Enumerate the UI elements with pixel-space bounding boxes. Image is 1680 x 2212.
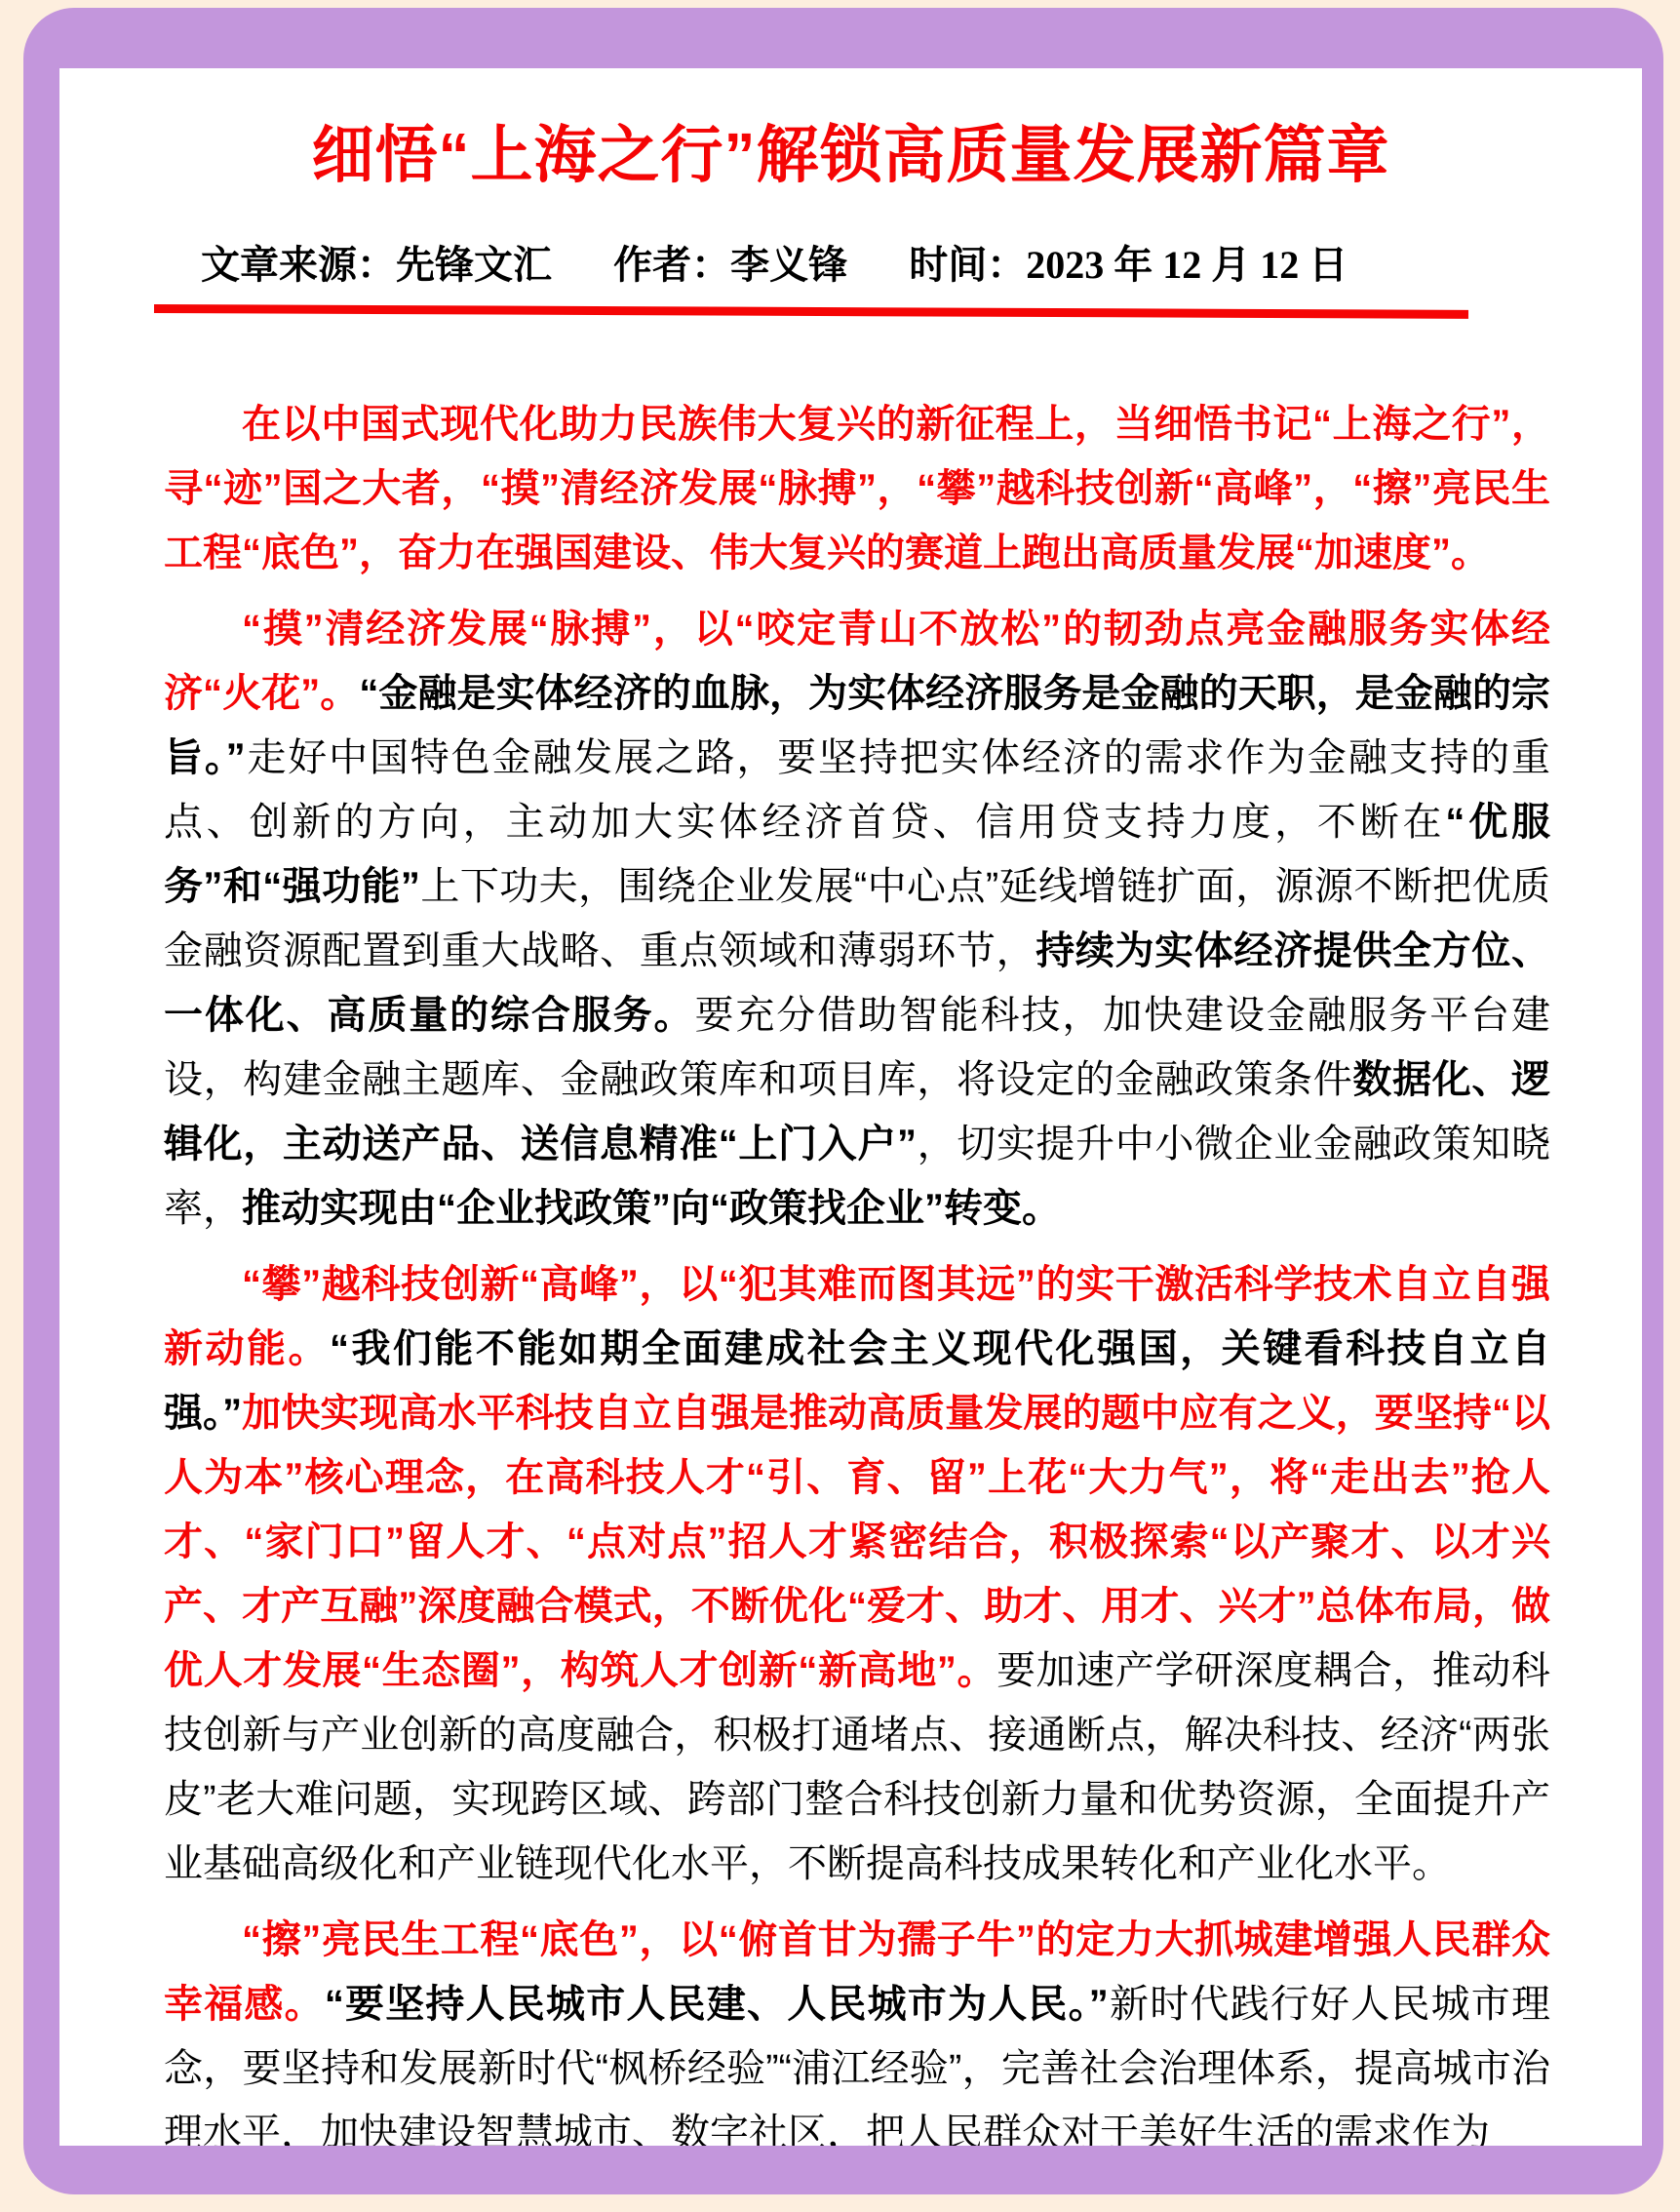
article-body: 在以中国式现代化助力民族伟大复兴的新征程上，当细悟书记“上海之行”，寻“迹”国之… [59,392,1642,2146]
text-run: 推动实现由“企业找政策”向“政策找企业”转变。 [242,1187,1061,1230]
meta-date: 时间：2023 年 12 月 12 日 [909,238,1348,293]
article-page: 细悟“上海之行”解锁高质量发展新篇章 文章来源：先锋文汇 作者：李义锋 时间：2… [59,68,1642,2146]
text-run: 加快实现高水平科技自立自强是推动高质量发展的题中应有之义，要坚持“以人为本”核心… [164,1392,1550,1692]
decorative-frame: 细悟“上海之行”解锁高质量发展新篇章 文章来源：先锋文汇 作者：李义锋 时间：2… [23,8,1663,2194]
text-run: “要坚持人民城市人民建、人民城市为人民。” [325,1983,1109,2026]
page-background: 细悟“上海之行”解锁高质量发展新篇章 文章来源：先锋文汇 作者：李义锋 时间：2… [0,0,1680,2212]
article-title: 细悟“上海之行”解锁高质量发展新篇章 [59,113,1642,197]
meta-source: 文章来源：先锋文汇 [201,238,552,293]
text-run: 走好中国特色金融发展之路，要坚持把实体经济的需求作为金融支持的重点、创新的方向，… [164,736,1550,844]
paragraph: 在以中国式现代化助力民族伟大复兴的新征程上，当细悟书记“上海之行”，寻“迹”国之… [164,392,1550,585]
meta-author: 作者：李义锋 [613,238,847,293]
paragraph: “攀”越科技创新“高峰”，以“犯其难而图其远”的实干激活科学技术自立自强新动能。… [164,1252,1550,1896]
text-run: 在以中国式现代化助力民族伟大复兴的新征程上，当细悟书记“上海之行”，寻“迹”国之… [164,403,1550,574]
paragraph: “擦”亮民生工程“底色”，以“俯首甘为孺子牛”的定力大抓城建增强人民群众幸福感。… [164,1908,1550,2146]
paragraph: “摸”清经济发展“脉搏”，以“咬定青山不放松”的韧劲点亮金融服务实体经济“火花”… [164,597,1550,1241]
red-divider [154,304,1468,319]
article-meta: 文章来源：先锋文汇 作者：李义锋 时间：2023 年 12 月 12 日 [201,238,1642,293]
